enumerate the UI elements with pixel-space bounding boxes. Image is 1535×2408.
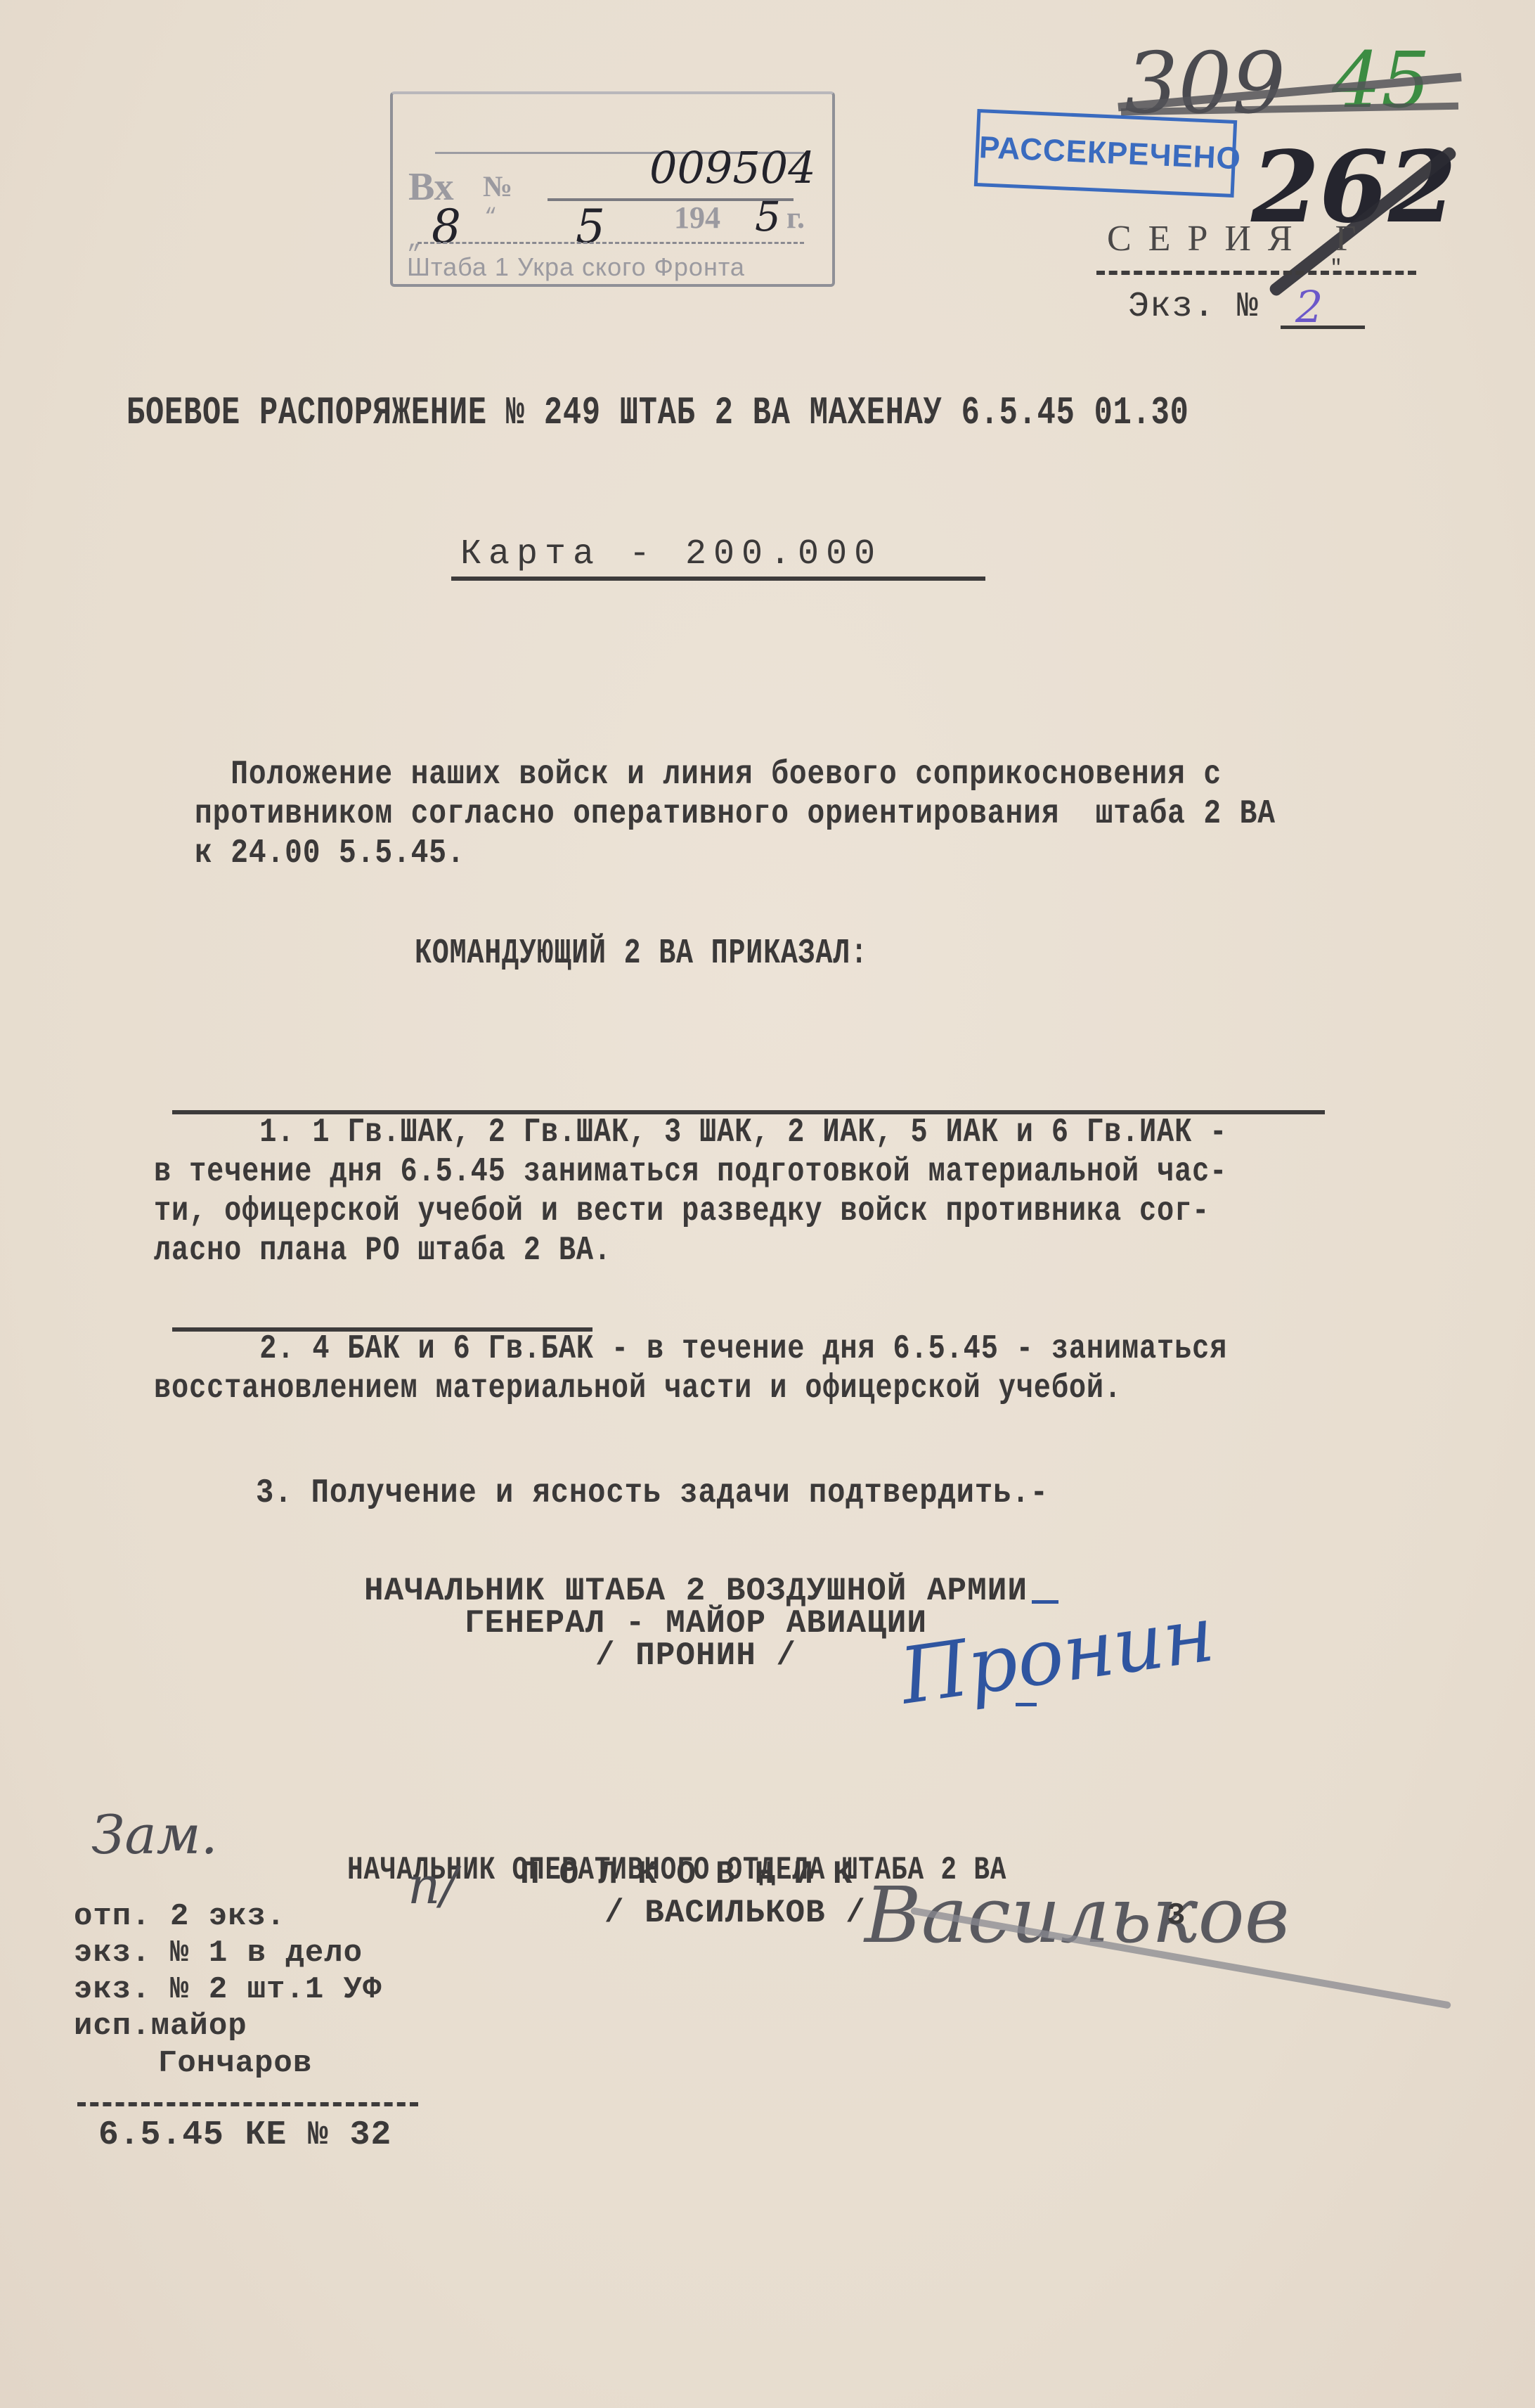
map-scale-underline bbox=[451, 577, 985, 581]
stamp-day: 8 bbox=[432, 200, 461, 254]
stamp-organization: Штаба 1 Укра ского Фронта bbox=[407, 252, 745, 282]
order-item-2: 2. 4 БАК и 6 Гв.БАК - в течение дня 6.5.… bbox=[70, 1290, 1432, 1448]
stamp-number-sign: № bbox=[483, 170, 512, 204]
copy-label: Экз. № bbox=[1128, 287, 1259, 327]
position-paragraph: Положение наших войск и линия боевого со… bbox=[111, 716, 1452, 913]
position-text: Положение наших войск и линия боевого со… bbox=[195, 755, 1276, 873]
series-label: СЕРИЯ Г bbox=[1107, 218, 1373, 259]
ops-chief-name: / ВАСИЛЬКОВ / bbox=[604, 1895, 866, 1931]
document-title: БОЕВОЕ РАСПОРЯЖЕНИЕ № 249 ШТАБ 2 ВА МАХЕ… bbox=[127, 390, 1489, 435]
order-item-2-underline bbox=[172, 1327, 592, 1332]
stamp-date-line bbox=[417, 242, 804, 244]
stamp-quote-close: “ bbox=[484, 205, 497, 229]
executor-name: Гончаров bbox=[158, 2046, 312, 2081]
order-item-3: 3. Получение и ясность задачи подтвердит… bbox=[172, 1434, 1157, 1552]
signature-stroke bbox=[1032, 1600, 1058, 1604]
ops-chief-rank: ПОЛКОВНИК bbox=[520, 1856, 872, 1893]
map-scale: Карта - 200.000 bbox=[460, 534, 882, 574]
order-item-1-text: 1. 1 Гв.ШАК, 2 Гв.ШАК, 3 ШАК, 2 ИАК, 5 И… bbox=[154, 1113, 1227, 1270]
stamp-incoming-number: 009504 bbox=[649, 142, 816, 193]
command-heading-text: КОМАНДУЮЩИЙ 2 ВА ПРИКАЗАЛ: bbox=[415, 934, 868, 974]
distribution-list: отп. 2 экз. экз. № 1 в дело экз. № 2 шт.… bbox=[74, 1898, 382, 2045]
series-underline bbox=[1096, 271, 1416, 275]
distribution-underline bbox=[77, 2102, 418, 2106]
stamp-year-digit: 5 bbox=[755, 193, 781, 240]
stamp-month: 5 bbox=[576, 200, 605, 254]
archive-number-old: 309 bbox=[1125, 35, 1285, 133]
stamp-quote-open: „ bbox=[407, 228, 421, 255]
deputy-handwritten-prefix: Зам. bbox=[91, 1803, 218, 1866]
signature-stroke bbox=[1016, 1703, 1037, 1706]
command-heading: КОМАНДУЮЩИЙ 2 ВА ПРИКАЗАЛ: bbox=[415, 934, 981, 974]
order-item-1-underline bbox=[172, 1110, 1325, 1114]
order-item-3-text: 3. Получение и ясность задачи подтвердит… bbox=[256, 1474, 1049, 1513]
order-item-2-text: 2. 4 БАК и 6 Гв.БАК - в течение дня 6.5.… bbox=[154, 1329, 1227, 1408]
stamp-year-suffix: г. bbox=[786, 200, 805, 236]
stamp-year-prefix: 194 bbox=[674, 200, 720, 236]
signature-mark: 3 bbox=[1167, 1898, 1186, 1933]
ops-handwritten-np: п/ bbox=[408, 1856, 458, 1915]
series-ditto-mark: " bbox=[1330, 257, 1343, 281]
document-code: 6.5.45 КЕ № 32 bbox=[98, 2116, 391, 2154]
incoming-registration-stamp: Вх № 009504 „ 8 “ 5 194 5 г. Штаба 1 Укр… bbox=[390, 91, 835, 287]
order-item-1: 1. 1 Гв.ШАК, 2 Гв.ШАК, 3 ШАК, 2 ИАК, 5 И… bbox=[70, 1074, 1432, 1310]
document-page: Вх № 009504 „ 8 “ 5 194 5 г. Штаба 1 Укр… bbox=[0, 0, 1535, 2408]
copy-number-underline bbox=[1281, 326, 1365, 329]
document-title-text: БОЕВОЕ РАСПОРЯЖЕНИЕ № 249 ШТАБ 2 ВА МАХЕ… bbox=[127, 390, 1189, 435]
